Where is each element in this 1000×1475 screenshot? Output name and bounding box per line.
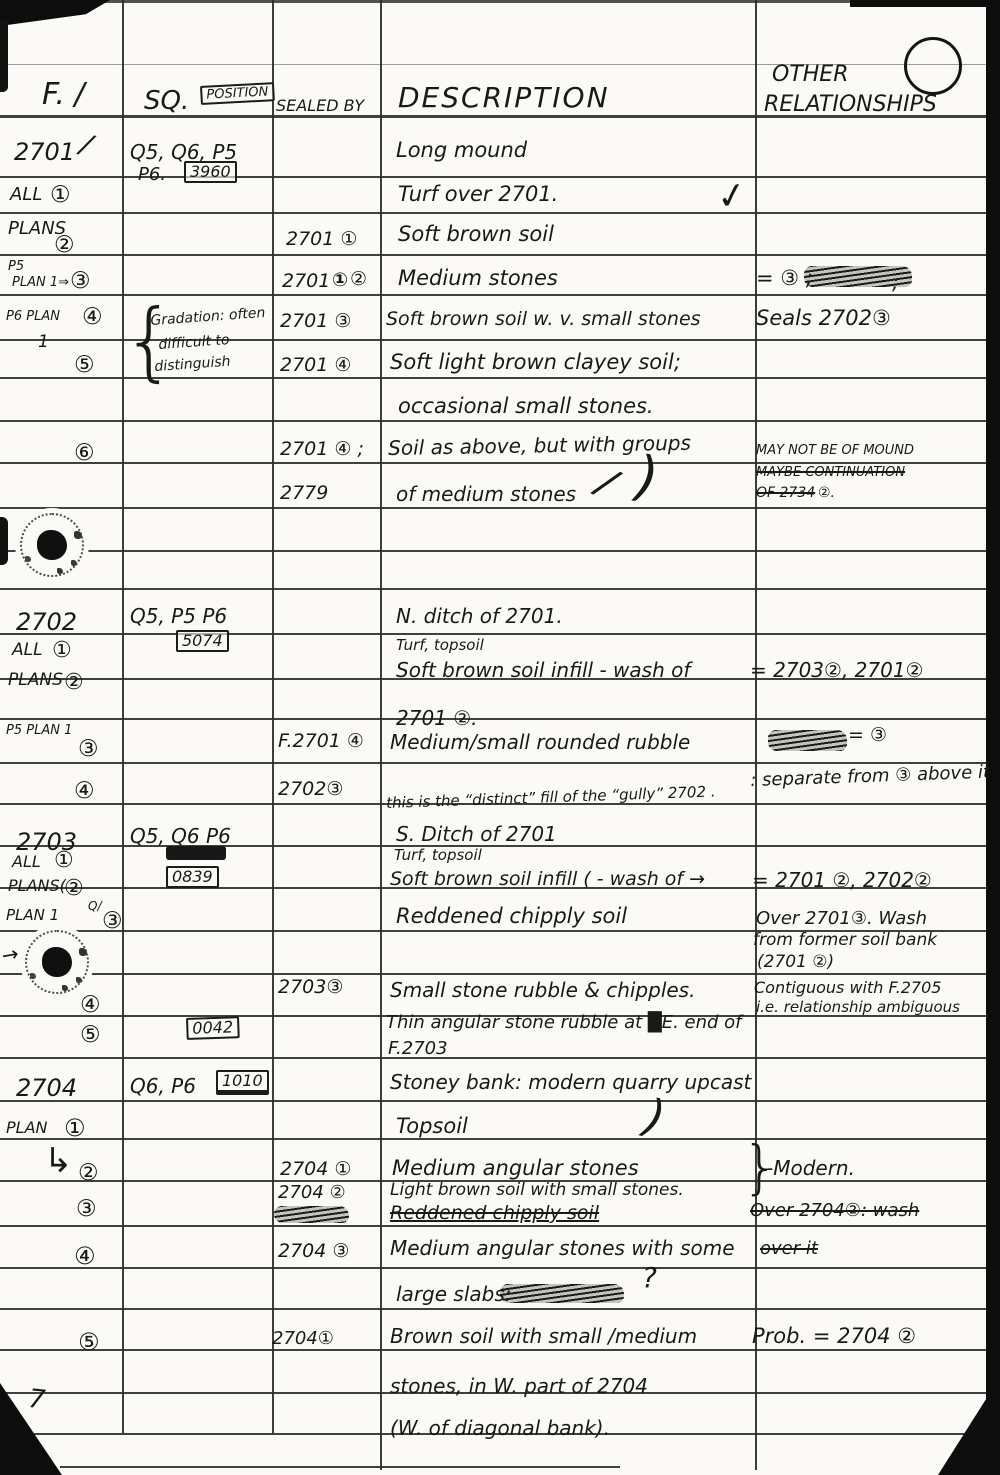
f2701-position-number: 3960 — [184, 161, 237, 183]
f2701-layer6-desc-line2: of medium stones — [396, 484, 576, 504]
scanned-record-sheet: F. /SQ.POSITIONSEALED BYDESCRIPTIONOTHER… — [0, 0, 1000, 1475]
f2703-layer5-find-number: 0042 — [186, 1016, 239, 1040]
scribbled-out-text-2: █████ — [768, 730, 847, 751]
f2701-layer6-sealedby-2: 2779 — [280, 484, 328, 503]
ruled-line — [0, 1057, 986, 1059]
col-header-sealed-by: SEALED BY — [276, 98, 364, 114]
ruled-line — [0, 718, 986, 720]
f2704-squares: Q6, P6 — [130, 1076, 196, 1096]
f2701-layer2-desc: Soft brown soil — [398, 224, 554, 245]
stray-mark-bottom: 7 — [27, 1386, 46, 1414]
f2701-squares-2: P6. — [138, 166, 166, 184]
col-header-position: POSITION — [200, 82, 275, 105]
f2701-layer-2: ② — [54, 234, 75, 257]
f2701-layer6-other-line2: MAYBE CONTINUATION — [756, 466, 905, 479]
f2701-layer-6: ⑥ — [74, 442, 95, 465]
f2701-layer5-sealedby: 2701 ④ — [280, 356, 351, 375]
f2702-layer1-desc: Turf, topsoil — [396, 638, 484, 653]
f2703-layer2-desc: Soft brown soil infill ( - wash of → — [390, 870, 705, 889]
f2701-layer3-sealedby-num: ② — [350, 270, 367, 289]
f2701-layer3-sealedby: 2701 — [282, 272, 330, 291]
stray-curve: ) — [634, 448, 661, 505]
f2704-layer3-desc-line1: Light brown soil with small stones. — [390, 1182, 684, 1199]
f2704-position-number: 1010 — [216, 1070, 269, 1092]
ruled-line — [0, 462, 986, 464]
f2704-layer1-desc: Topsoil — [396, 1116, 468, 1137]
column-line — [122, 0, 124, 1433]
small-superscript-mark: Q/ — [88, 900, 102, 912]
overwritten-number: ① — [332, 271, 348, 290]
f2703-layer4-sealedby: 2703③ — [278, 978, 343, 997]
f2701-layer4-sealedby: 2701 ③ — [280, 312, 351, 331]
f2703-layer3-other-line1: Over 2701③. Wash — [756, 910, 927, 928]
f2701-layer1-desc: Turf over 2701. — [398, 184, 558, 205]
f2703-squares: Q5, Q6 P6 — [130, 826, 231, 846]
gradation-note-line3: distinguish — [154, 355, 231, 375]
f2701-layer4-other: Seals 2702③ — [756, 308, 891, 329]
drawn-circle — [904, 37, 962, 95]
f2702-plans-label-2: PLANS — [8, 672, 63, 689]
f2701-layer6-other-line3: OF 2734 — [756, 486, 815, 500]
f2704-description: Stoney bank: modern quarry upcast — [390, 1072, 751, 1092]
f2703-layer2-other: = 2701 ②, 2702② — [752, 870, 932, 890]
f2703-layer3-other-line2: from former soil bank — [753, 932, 937, 949]
col-header-other-line2: RELATIONSHIPS — [764, 94, 937, 116]
scribbled-word: █████████ — [500, 1284, 624, 1303]
f2704-layer3-sealedby: 2704 ② — [278, 1184, 346, 1202]
ruled-line — [0, 973, 986, 975]
stray-tick: / — [77, 130, 95, 160]
f2704-layer4-desc-line1: Medium angular stones with some — [390, 1238, 735, 1258]
f2704-layer2-other: -Modern. — [766, 1158, 855, 1178]
ruled-line — [0, 1138, 986, 1140]
f2701-layer3-other-end: ; — [892, 272, 899, 292]
f2704-layer2-desc: Medium angular stones — [392, 1158, 639, 1179]
question-mark: ? — [642, 1264, 657, 1293]
f2701-layer5-desc-line2: occasional small stones. — [398, 396, 654, 417]
f2702-position-number: 5074 — [176, 630, 229, 652]
f2702-layer4-other: : separate from ③ above it — [750, 764, 990, 791]
f2703-plans-label-1: ALL — [12, 854, 41, 870]
f2703-layer1-desc: Turf, topsoil — [394, 848, 482, 863]
f2702-layer3-sealedby: F.2701 ④ — [278, 732, 364, 751]
f2703-description: S. Ditch of 2701 — [396, 824, 557, 844]
f2704-layer3-desc-struck: Reddened chipply soil — [390, 1204, 599, 1223]
ruled-line — [0, 254, 986, 256]
f2702-layer2-desc-line1: Soft brown soil infill - wash of — [396, 660, 690, 680]
f2701-layer3-plan-note2: PLAN 1⇒ — [12, 276, 69, 289]
ruled-line — [0, 1225, 986, 1227]
f2703-layer3-plan-note: PLAN 1 — [6, 908, 59, 923]
scan-edge-left-blob — [0, 517, 8, 565]
column-line — [755, 0, 757, 1470]
f2701-layer2-sealedby: 2701 ① — [286, 230, 357, 249]
f2703-layer3-other-line3: (2701 ②) — [757, 954, 834, 971]
ruled-line — [0, 1308, 986, 1310]
ruled-line — [0, 212, 986, 214]
f2703-plans-label-2: PLANS( — [8, 878, 66, 894]
f2701-layer5-desc-line1: Soft light brown clayey soil; — [390, 352, 681, 373]
hole-punch — [20, 925, 94, 999]
hole-punch-hole — [42, 947, 72, 977]
col-header-feature: F. / — [42, 80, 85, 111]
f2704-layer-3: ③ — [76, 1198, 97, 1221]
f2701-layer4-desc: Soft brown soil w. v. small stones — [386, 310, 701, 329]
f2701-layer4-plan-note2: 1 — [38, 334, 49, 351]
f2701-layer3-desc: Medium stones — [398, 268, 558, 289]
column-line — [380, 0, 382, 1470]
inserted-arrow: ↳ — [44, 1144, 73, 1179]
hole-punch — [15, 508, 89, 582]
col-header-description: DESCRIPTION — [398, 84, 610, 113]
f2704-layer5-desc-line3: (W. of diagonal bank). — [390, 1418, 610, 1438]
stray-line: / — [591, 462, 622, 504]
f2703-layer4-other-line2: i.e. relationship ambiguous — [756, 1000, 960, 1015]
f2704-layer5-other: Prob. = 2704 ② — [752, 1326, 916, 1347]
f2704-layer5-desc-line1: Brown soil with small /medium — [390, 1326, 697, 1346]
f2704-layer4-desc-line2: large slabs: — [396, 1284, 511, 1304]
f2702-layer2-desc-line2: 2701 ②. — [396, 708, 478, 728]
f2704-layer-4: ④ — [74, 1244, 96, 1268]
feature-2704-label: 2704 — [16, 1076, 77, 1100]
scan-edge-left — [0, 20, 8, 92]
f2703-layer4-other-line1: Contiguous with F.2705 — [754, 980, 941, 996]
f2701-layer3-plan-note1: P5 — [8, 260, 24, 273]
feature-2702-label: 2702 — [16, 610, 77, 634]
f2702-plans-label-1: ALL — [12, 642, 43, 659]
f2702-layer3-plan-note: P5 PLAN 1 — [6, 724, 72, 737]
ruled-line — [0, 1100, 986, 1102]
hole-punch-hole — [37, 530, 67, 560]
f2704-layer2-sealedby: 2704 ① — [280, 1160, 351, 1179]
f2701-plans-label-1: ALL — [10, 186, 42, 204]
f2701-squares-1: Q5, Q6, P5 — [130, 142, 237, 162]
f2703-layer-5: ⑤ — [80, 1024, 101, 1047]
f2702-layer-1: ① — [52, 640, 72, 662]
column-line — [272, 0, 274, 1433]
scan-edge-top-right — [850, 0, 1000, 7]
f2704-layer4-sealedby: 2704 ③ — [278, 1242, 349, 1261]
f2704-plan-label: PLAN — [6, 1120, 47, 1136]
scan-corner-top-left — [0, 0, 110, 26]
f2704-layer-5: ⑤ — [78, 1330, 100, 1354]
f2703-layer4-desc: Small stone rubble & chipples. — [390, 980, 695, 1000]
f2704-layer4-other-struck: over it — [760, 1240, 818, 1258]
ruled-line — [0, 420, 986, 422]
ruled-line — [60, 1466, 620, 1468]
f2702-layer-4: ④ — [74, 780, 95, 803]
f2704-layer-2: ② — [78, 1162, 99, 1185]
f2703-position-number: 0839 — [166, 866, 219, 888]
f2703-layer3-desc: Reddened chipply soil — [396, 906, 627, 927]
f2702-squares: Q5, P5 P6 — [130, 606, 227, 626]
stray-arrow: → — [0, 943, 20, 966]
f2701-layer-4: ④ — [82, 306, 103, 329]
blacked-out-number: █████ — [166, 846, 226, 860]
ruled-line — [0, 550, 986, 552]
ruled-line — [0, 1349, 986, 1351]
ruled-line — [0, 762, 986, 764]
f2702-layer2-other: = 2703②, 2701② — [750, 660, 924, 680]
f2703-layer-4: ④ — [80, 994, 101, 1017]
ruled-line — [0, 507, 986, 509]
f2704-layer5-sealedby: 2704① — [272, 1330, 334, 1348]
feature-2701-label: 2701 — [14, 140, 75, 164]
f2702-layer4-sealedby: 2702③ — [278, 780, 343, 799]
f2702-layer3-other: = ③ — [848, 726, 887, 745]
f2703-layer5-desc-line2: F.2703 — [388, 1040, 448, 1058]
f2704-layer5-desc-line2: stones, in W. part of 2704 — [390, 1376, 648, 1396]
f2704-layer3-other-struck: Over 2704②: wash — [750, 1202, 919, 1220]
scribbled-sealedby: ██████ — [274, 1206, 349, 1223]
ruled-line — [0, 588, 986, 590]
ruled-line — [0, 1267, 986, 1269]
f2702-layer-3: ③ — [78, 738, 99, 761]
gradation-note-line2: difficult to — [158, 333, 230, 352]
f2703-layer5-desc-line1: Thin angular stone rubble at █E. end of — [386, 1014, 742, 1032]
f2704-layer-1: ① — [64, 1116, 86, 1140]
f2702-description: N. ditch of 2701. — [396, 606, 563, 626]
f2701-layer-5: ⑤ — [74, 354, 95, 377]
f2701-layer-1: ① — [50, 184, 71, 207]
f2702-layer4-desc: this is the “distinct” fill of the “gull… — [386, 785, 716, 812]
f2703-layer-2: ② — [64, 878, 84, 900]
f2701-layer-3: ③ — [70, 270, 91, 293]
f2701-layer4-plan-note1: P6 PLAN — [6, 310, 60, 323]
f2701-description: Long mound — [396, 140, 527, 161]
f2701-layer6-sealedby-1: 2701 ④ ; — [280, 440, 364, 459]
f2703-layer-1: ① — [54, 850, 74, 872]
f2702-layer3-desc: Medium/small rounded rubble — [390, 732, 690, 752]
ruled-line — [0, 633, 986, 635]
f2701-layer6-other-line3b: ②. — [818, 486, 835, 500]
f2703-layer-3: ③ — [102, 910, 123, 933]
f2702-layer-2: ② — [64, 672, 84, 694]
scan-edge-right — [986, 0, 1000, 1475]
check-mark: ✓ — [714, 177, 750, 218]
f2701-layer6-other-line1: MAY NOT BE OF MOUND — [756, 444, 914, 457]
col-header-square: SQ. — [144, 88, 189, 115]
col-header-other-line1: OTHER — [772, 64, 848, 86]
